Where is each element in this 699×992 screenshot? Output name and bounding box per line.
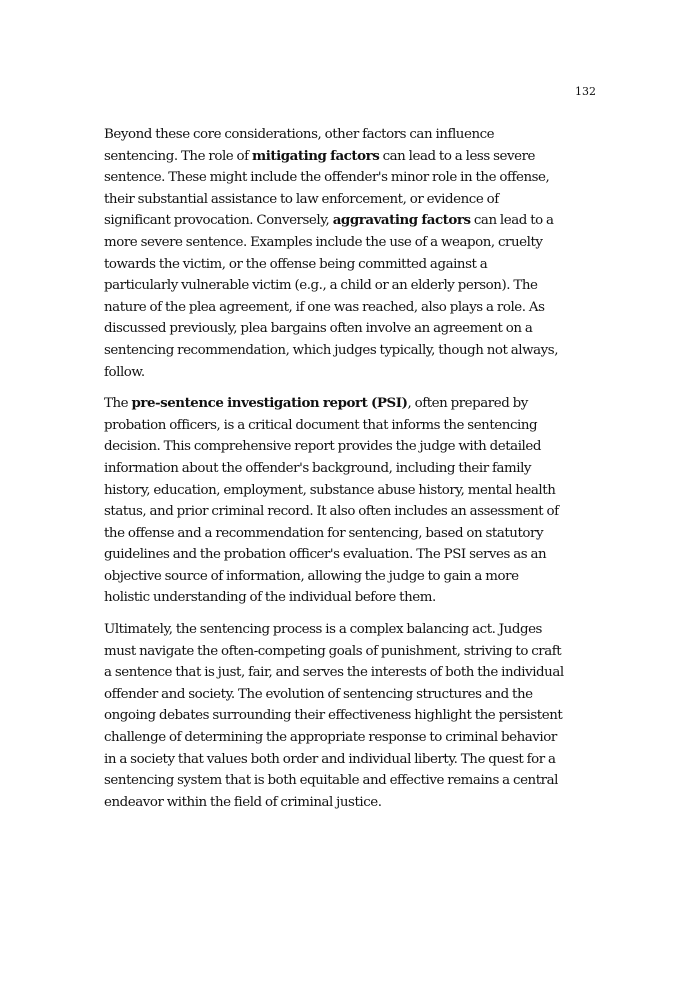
text-line: information about the offender's backgro… <box>104 458 604 480</box>
text-line: guidelines and the probation officer's e… <box>104 544 604 566</box>
text-line: decision. This comprehensive report prov… <box>104 436 604 458</box>
text-line: status, and prior criminal record. It al… <box>104 501 604 523</box>
text-line: significant provocation. Conversely, agg… <box>104 210 604 232</box>
text-line: particularly vulnerable victim (e.g., a … <box>104 275 604 297</box>
text-line: Ultimately, the sentencing process is a … <box>104 619 604 641</box>
text-line: challenge of determining the appropriate… <box>104 727 604 749</box>
text-line: The pre-sentence investigation report (P… <box>104 393 604 415</box>
text-line: in a society that values both order and … <box>104 749 604 771</box>
paragraph: Ultimately, the sentencing process is a … <box>104 619 604 813</box>
paragraph: Beyond these core considerations, other … <box>104 124 604 383</box>
paragraph: The pre-sentence investigation report (P… <box>104 393 604 609</box>
text-line: sentencing recommendation, which judges … <box>104 340 604 362</box>
text-line: objective source of information, allowin… <box>104 566 604 588</box>
body-text: Beyond these core considerations, other … <box>104 124 604 823</box>
text-line: follow. <box>104 362 604 384</box>
text-line: sentence. These might include the offend… <box>104 167 604 189</box>
text-line: must navigate the often-competing goals … <box>104 641 604 663</box>
text-line: their substantial assistance to law enfo… <box>104 189 604 211</box>
bold-term: mitigating factors <box>252 148 379 164</box>
bold-term: pre-sentence investigation report (PSI) <box>131 395 407 411</box>
text-line: sentencing system that is both equitable… <box>104 770 604 792</box>
text-line: discussed previously, plea bargains ofte… <box>104 318 604 340</box>
text-line: a sentence that is just, fair, and serve… <box>104 662 604 684</box>
text-line: towards the victim, or the offense being… <box>104 254 604 276</box>
text-line: the offense and a recommendation for sen… <box>104 523 604 545</box>
bold-term: aggravating factors <box>333 212 471 228</box>
text-line: probation officers, is a critical docume… <box>104 415 604 437</box>
text-line: offender and society. The evolution of s… <box>104 684 604 706</box>
page-number: 132 <box>575 85 596 98</box>
text-line: history, education, employment, substanc… <box>104 480 604 502</box>
text-line: Beyond these core considerations, other … <box>104 124 604 146</box>
text-line: endeavor within the field of criminal ju… <box>104 792 604 814</box>
text-line: ongoing debates surrounding their effect… <box>104 705 604 727</box>
text-line: sentencing. The role of mitigating facto… <box>104 146 604 168</box>
text-line: holistic understanding of the individual… <box>104 587 604 609</box>
text-line: more severe sentence. Examples include t… <box>104 232 604 254</box>
document-page: 132 Beyond these core considerations, ot… <box>0 0 699 992</box>
text-line: nature of the plea agreement, if one was… <box>104 297 604 319</box>
